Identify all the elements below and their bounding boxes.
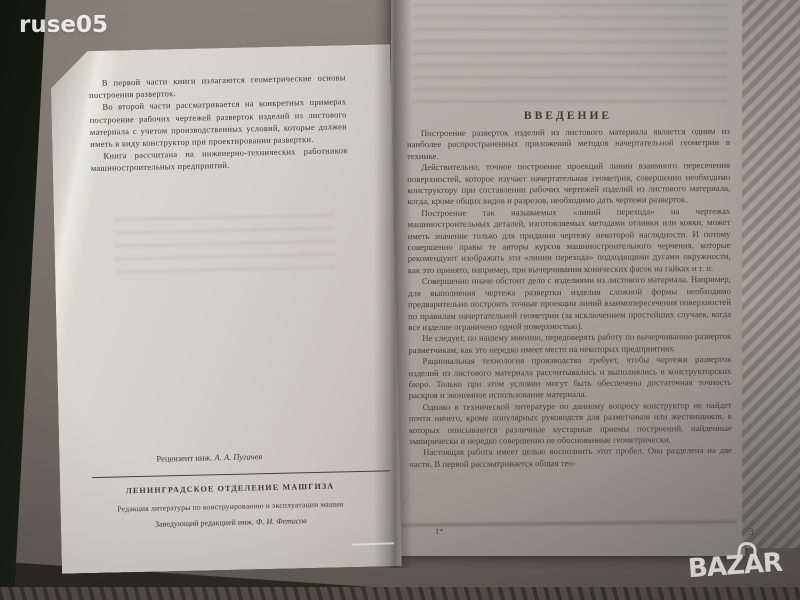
right-page: ВВЕДЕНИЕ Построение разверток изделий из… [391, 0, 745, 556]
reviewer-name: А. А. Пугачев [214, 451, 262, 462]
body-paragraph: Построение так называемых «линий переход… [407, 206, 730, 277]
book-photo: ВВЕДЕНИЕ Построение разверток изделий из… [0, 0, 800, 600]
body-paragraph: Настоящая работа имеет целью восполнить … [409, 445, 732, 470]
seller-username-watermark: ruse05 [19, 12, 108, 38]
chapter-title: ВВЕДЕНИЕ [391, 110, 745, 122]
show-through-text [114, 214, 335, 279]
body-paragraph: Рациональная технология производства тре… [408, 354, 731, 402]
body-paragraph: Не следует, по нашему мнению, передоверя… [408, 331, 731, 356]
page-number: 3 [749, 527, 754, 537]
table-edge-hatch [0, 587, 800, 600]
editorial-line: Редакция литературы по конструированию и… [72, 498, 388, 514]
reviewer-label: Рецензент инж. [156, 452, 212, 463]
body-paragraph: Совершенно иначе обстоит дело с изделиям… [408, 274, 731, 333]
show-through-text [413, 4, 728, 104]
page-crease [397, 520, 737, 527]
right-page-body: Построение разверток изделий из листовог… [407, 126, 732, 470]
annotation-paragraph: Во второй части рассматривается на конкр… [89, 96, 347, 151]
body-paragraph: Построение разверток изделий из листовог… [407, 126, 730, 162]
page-fore-edge-stripes [742, 0, 800, 548]
signature-mark: 1* [435, 526, 444, 536]
annotation-block: В первой части книги излагаются геометри… [89, 71, 348, 174]
body-paragraph: Однако в технической литературе по данно… [409, 400, 732, 448]
fore-edge-shadow [742, 0, 800, 548]
body-paragraph: Действительно, точное построение проекци… [407, 160, 730, 208]
imprint-block: ЛЕНИНГРАДСКОЕ ОТДЕЛЕНИЕ МАШГИЗА Редакция… [72, 480, 389, 530]
left-page: В первой части книги излагаются геометри… [50, 44, 402, 574]
editor-name: Ф. И. Фетисов [256, 516, 307, 526]
